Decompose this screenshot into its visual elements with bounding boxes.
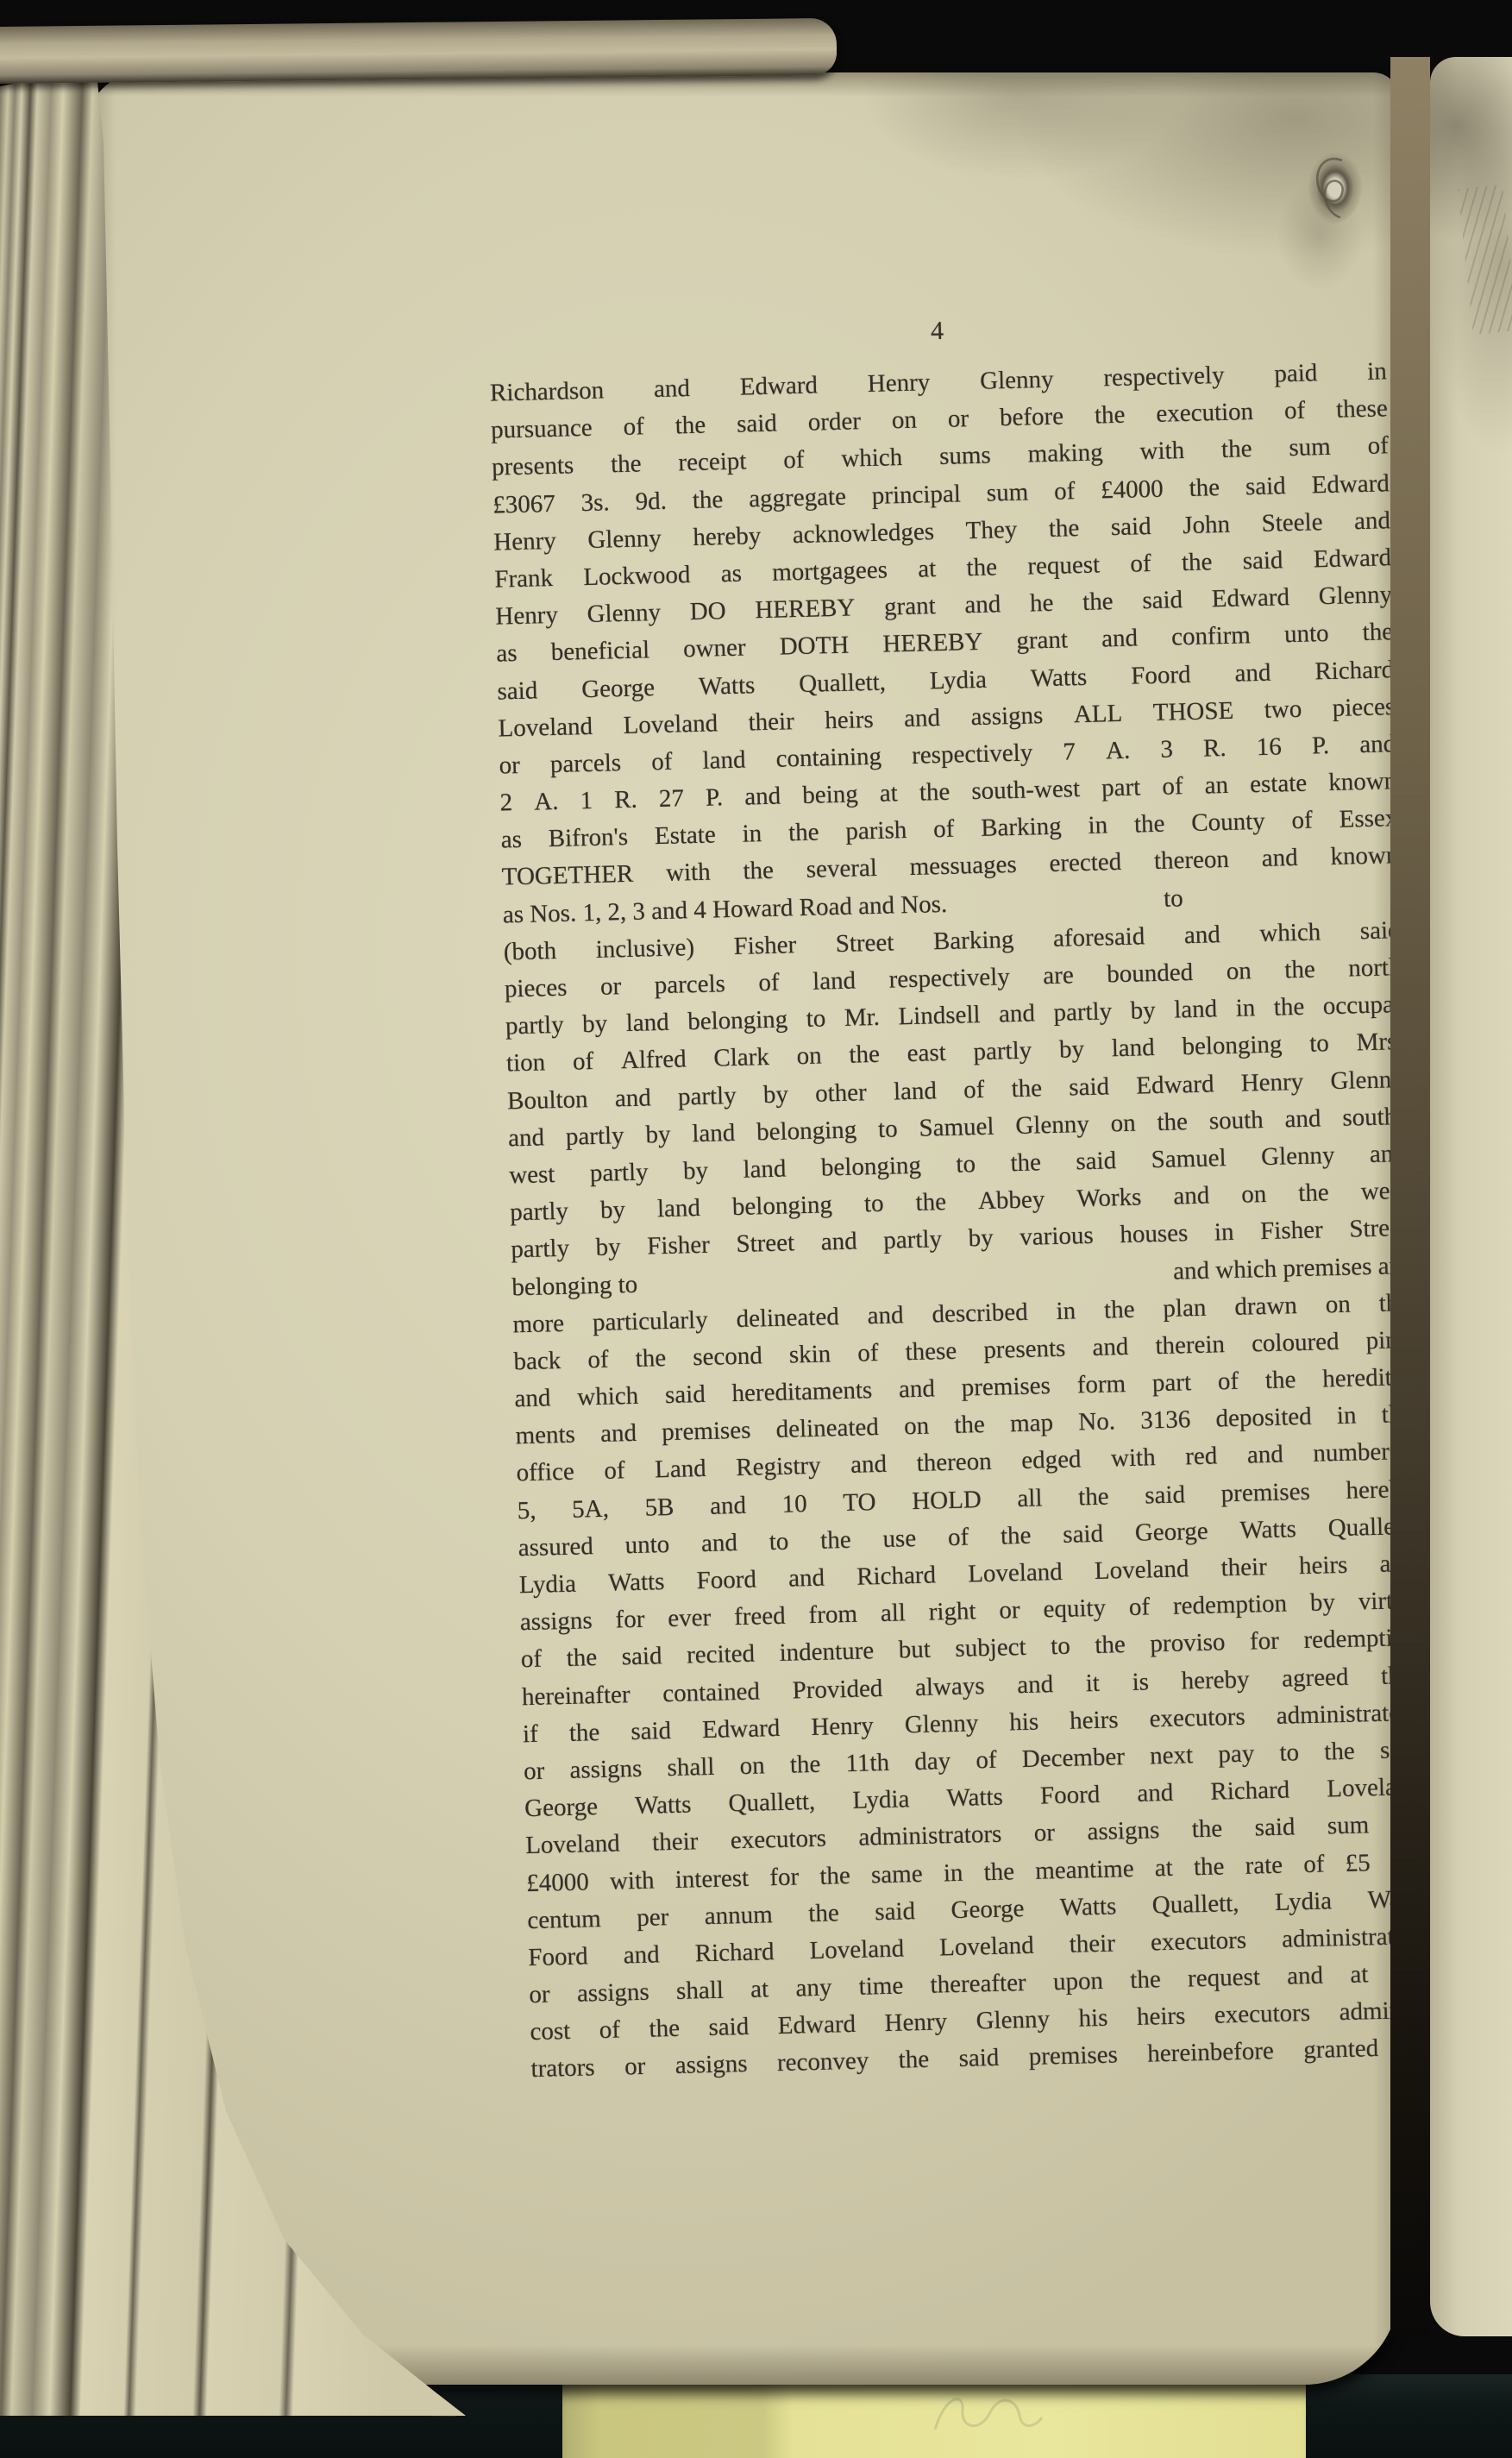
word: unto: [1283, 615, 1329, 653]
word: land: [1111, 1029, 1155, 1067]
word: Frank: [494, 560, 554, 599]
word: respectively: [1103, 357, 1225, 398]
word: Bifron's: [548, 819, 628, 858]
word: an: [1204, 767, 1228, 805]
word: of: [623, 409, 644, 447]
word: other: [815, 1074, 868, 1113]
word: the: [1298, 1174, 1329, 1212]
word: the: [966, 549, 997, 587]
word: the: [1324, 1733, 1355, 1771]
word: ALL: [1073, 695, 1122, 734]
word: land: [692, 1115, 736, 1153]
word: Steele: [1261, 504, 1323, 543]
word: respectively: [912, 734, 1033, 775]
word: Fisher: [1260, 1212, 1324, 1251]
word: aggregate: [749, 478, 847, 518]
word: being: [802, 776, 858, 814]
word: the: [611, 446, 642, 484]
pencil-scratch-marks-icon: [1458, 185, 1512, 336]
word: at: [1350, 1956, 1369, 1994]
word: Richard: [1210, 1772, 1290, 1811]
word: Land: [655, 1450, 707, 1489]
text-segment: and which premises are: [1173, 1247, 1399, 1290]
word: their: [652, 1824, 699, 1862]
page-number: 4: [488, 303, 1386, 359]
word: the: [820, 1522, 851, 1560]
word: land: [625, 1004, 669, 1042]
word: at: [1154, 1849, 1173, 1887]
word: 9d.: [635, 482, 667, 520]
word: of: [1162, 768, 1183, 806]
word: houses: [1120, 1216, 1189, 1254]
word: of: [758, 965, 780, 1003]
word: or: [529, 1977, 550, 2015]
word: Edward: [1136, 1066, 1214, 1104]
word: and: [1354, 502, 1391, 540]
word: unto: [624, 1526, 670, 1564]
word: and: [1137, 1775, 1174, 1813]
word: Edward: [739, 367, 818, 405]
word: 3s.: [580, 484, 610, 522]
word: of: [572, 1043, 593, 1081]
word: George: [1134, 1513, 1208, 1552]
word: to: [956, 1146, 976, 1184]
word: south: [1208, 1102, 1264, 1141]
word: of: [1303, 1845, 1325, 1883]
word: east: [907, 1034, 946, 1072]
word: from: [808, 1596, 857, 1635]
ink-blot-scribble-icon: [1301, 147, 1368, 233]
word: and: [1017, 1666, 1054, 1704]
word: Glenny: [904, 1705, 978, 1744]
word: TO: [843, 1484, 876, 1522]
word: and: [1246, 1436, 1283, 1474]
word: and: [508, 1119, 545, 1157]
word: the: [566, 1639, 597, 1677]
word: Glenny: [1261, 1137, 1335, 1176]
word: TOGETHER: [501, 856, 634, 896]
word: right: [928, 1594, 976, 1632]
word: granted: [1303, 2031, 1379, 2070]
word: part: [1151, 1364, 1191, 1402]
word: land: [743, 1151, 787, 1189]
word: sum: [1289, 429, 1331, 467]
word: to: [806, 1001, 826, 1039]
word: said: [1254, 1809, 1296, 1847]
word: the: [915, 1184, 946, 1222]
word: the: [919, 774, 950, 812]
word: shall: [667, 1749, 715, 1788]
word: sums: [939, 437, 992, 476]
word: on: [904, 1408, 930, 1446]
word: Mr.: [844, 999, 880, 1037]
word: per: [637, 1899, 669, 1937]
word: 3: [1160, 731, 1174, 769]
word: £4000: [1101, 470, 1164, 509]
word: said: [621, 1638, 662, 1676]
word: indenture: [779, 1633, 875, 1673]
word: of: [933, 811, 955, 849]
word: in: [1214, 1214, 1234, 1252]
word: all: [1017, 1480, 1043, 1518]
word: of: [651, 744, 673, 782]
book-page: 4 RichardsonandEdwardHenryGlennyrespecti…: [86, 72, 1399, 2385]
word: freed: [734, 1598, 787, 1637]
word: partly: [589, 1154, 649, 1192]
word: map: [1010, 1405, 1054, 1443]
word: second: [693, 1337, 763, 1376]
word: Loveland: [939, 1927, 1035, 1967]
word: partly: [505, 1007, 565, 1046]
word: said: [497, 672, 538, 710]
word: the: [898, 2041, 929, 2079]
word: drawn: [1234, 1287, 1298, 1326]
word: belonging: [820, 1147, 921, 1187]
word: of: [520, 1641, 542, 1679]
word: are: [1043, 957, 1074, 995]
word: of: [1284, 393, 1306, 431]
word: cost: [530, 2013, 571, 2051]
word: December: [1021, 1738, 1125, 1778]
word: 5B: [644, 1488, 674, 1526]
word: the: [1010, 1144, 1041, 1182]
word: by: [968, 1220, 994, 1258]
word: parish: [845, 812, 907, 851]
word: HEREBY: [755, 590, 856, 630]
word: the: [1264, 1361, 1296, 1399]
word: Street: [835, 924, 894, 963]
word: Alfred: [620, 1041, 687, 1080]
word: land: [893, 1072, 937, 1110]
word: his: [1078, 2000, 1108, 2038]
word: Lydia: [1275, 1883, 1333, 1921]
word: A.: [1106, 732, 1131, 770]
word: by: [683, 1153, 709, 1191]
word: use: [882, 1520, 917, 1558]
word: upon: [1052, 1963, 1103, 2002]
word: and: [710, 1487, 747, 1524]
word: (both: [503, 933, 556, 971]
word: partly: [677, 1078, 737, 1116]
word: Richard: [856, 1556, 937, 1595]
word: ever: [668, 1600, 712, 1638]
word: presents: [492, 448, 574, 487]
word: Loveland: [1094, 1550, 1189, 1590]
word: to: [769, 1523, 789, 1561]
word: these: [1336, 390, 1389, 429]
word: hereinafter: [522, 1676, 631, 1716]
word: or: [624, 2048, 646, 2086]
word: Henry: [811, 1707, 875, 1746]
word: principal: [871, 475, 961, 515]
word: with: [1111, 1440, 1157, 1478]
word: partly: [883, 1221, 943, 1260]
word: Samuel: [1151, 1140, 1227, 1179]
word: partly: [565, 1117, 624, 1156]
word: ments: [515, 1417, 575, 1455]
word: Street: [736, 1225, 795, 1264]
word: to: [1279, 1734, 1300, 1772]
word: Registry: [736, 1448, 821, 1487]
word: Lindsell: [898, 996, 981, 1036]
word: partly: [511, 1230, 570, 1269]
word: partly: [1053, 993, 1113, 1032]
word: said: [1069, 1068, 1110, 1106]
word: the: [1273, 989, 1304, 1027]
word: P.: [706, 779, 724, 817]
word: the: [788, 814, 819, 852]
word: thereon: [1154, 841, 1230, 880]
word: the: [808, 1895, 839, 1933]
word: is: [1132, 1663, 1149, 1701]
word: the: [1191, 1811, 1222, 1849]
word: said: [737, 405, 778, 443]
word: Loveland: [968, 1554, 1063, 1594]
word: P.: [1311, 727, 1329, 765]
word: for: [769, 1858, 800, 1896]
word: Barking: [981, 808, 1062, 847]
word: red: [1185, 1438, 1218, 1476]
word: assigns: [519, 1602, 593, 1641]
word: 11th: [845, 1744, 890, 1782]
word: Richard: [1314, 651, 1395, 690]
word: in: [1088, 808, 1108, 846]
word: pursuance: [491, 410, 593, 449]
word: the: [1157, 1103, 1188, 1141]
word: of: [976, 1742, 997, 1780]
word: grant: [884, 588, 937, 626]
word: he: [1030, 585, 1054, 623]
word: by: [762, 1076, 788, 1114]
word: particularly: [592, 1302, 708, 1342]
faint-pencil-scribble-icon: [919, 2378, 1049, 2447]
word: at: [750, 1971, 769, 2009]
word: to: [1051, 1628, 1071, 1666]
word: estate: [1250, 765, 1308, 804]
word: or: [524, 1753, 545, 1791]
word: Loveland: [498, 708, 593, 748]
word: belonging: [1182, 1027, 1283, 1066]
word: the: [983, 1853, 1014, 1891]
word: said: [1076, 1142, 1117, 1180]
word: of: [947, 1518, 969, 1556]
word: thereafter: [930, 1965, 1026, 2004]
word: 10: [781, 1486, 807, 1524]
word: Foord: [528, 1938, 588, 1977]
word: interest: [674, 1859, 749, 1898]
word: bounded: [1107, 954, 1194, 994]
word: at: [879, 775, 898, 813]
word: by: [645, 1116, 671, 1154]
word: as: [500, 821, 522, 859]
word: Quallett,: [799, 663, 887, 703]
word: 5A,: [572, 1490, 610, 1528]
word: and: [1173, 1178, 1210, 1216]
word: said: [1063, 1516, 1104, 1554]
word: parcels: [549, 745, 621, 783]
word: Glenny: [1330, 1061, 1399, 1100]
word: acknowledges: [792, 513, 934, 554]
word: of: [1291, 802, 1313, 840]
word: John: [1183, 506, 1231, 545]
word: reconvey: [776, 2043, 869, 2083]
word: the: [1181, 544, 1212, 581]
book-top-edge: [0, 18, 837, 84]
page-content: 4 RichardsonandEdwardHenryGlennyrespecti…: [488, 303, 1399, 2088]
word: the: [1011, 1070, 1042, 1108]
word: to: [863, 1185, 884, 1223]
word: and: [614, 1079, 651, 1117]
book-fore-edge-pages: [1430, 57, 1512, 2336]
word: numbered: [1313, 1433, 1399, 1473]
word: as: [720, 556, 742, 594]
word: heirs: [825, 701, 874, 740]
word: pay: [1218, 1735, 1255, 1773]
word: Watts: [946, 1779, 1003, 1818]
word: described: [932, 1293, 1028, 1333]
word: two: [1264, 690, 1302, 728]
word: by: [1309, 1584, 1335, 1622]
word: it: [1085, 1664, 1100, 1702]
word: in: [1056, 1292, 1076, 1330]
word: pieces: [504, 970, 568, 1009]
word: which: [577, 1378, 639, 1417]
book-photograph: 4 RichardsonandEdwardHenryGlennyrespecti…: [0, 0, 1512, 2458]
word: or: [1033, 1814, 1055, 1852]
word: belonging: [756, 1111, 857, 1151]
word: by: [599, 1191, 625, 1229]
word: the: [635, 1340, 666, 1378]
word: form: [1076, 1366, 1126, 1405]
word: edged: [1021, 1442, 1082, 1480]
word: heirs: [1070, 1701, 1119, 1740]
word: and: [1234, 654, 1271, 692]
word: delineated: [736, 1298, 839, 1338]
word: hereditaments: [731, 1372, 873, 1412]
word: heirs: [1298, 1547, 1347, 1586]
word: 3136: [1140, 1401, 1191, 1440]
word: Glenny: [1318, 576, 1392, 615]
word: Provided: [792, 1670, 883, 1710]
word: 5,: [517, 1492, 536, 1530]
word: Henry: [867, 364, 931, 403]
word: and: [820, 1223, 857, 1261]
word: therein: [1155, 1326, 1226, 1365]
word: Henry: [495, 597, 559, 636]
word: Lydia: [518, 1566, 576, 1605]
word: administrators: [1276, 1694, 1399, 1735]
word: execution: [1156, 393, 1254, 433]
word: assigns: [970, 697, 1044, 736]
word: south-west: [971, 770, 1081, 810]
word: the: [692, 481, 723, 519]
word: assigns: [1087, 1813, 1160, 1851]
word: Foord: [696, 1562, 756, 1600]
word: centum: [527, 1901, 601, 1939]
word: the: [954, 1406, 985, 1444]
word: before: [999, 399, 1063, 437]
word: as: [496, 635, 518, 673]
word: of: [599, 2012, 620, 2050]
word: 7: [1063, 733, 1076, 771]
word: the: [674, 407, 706, 445]
word: the: [568, 1714, 599, 1752]
word: hereby: [693, 518, 762, 556]
word: pieces: [1332, 688, 1396, 727]
word: said: [708, 2009, 750, 2046]
word: and: [744, 778, 781, 816]
word: office: [516, 1454, 574, 1493]
word: land: [702, 741, 746, 779]
word: plan: [1163, 1289, 1207, 1327]
word: subject: [955, 1629, 1026, 1668]
word: County: [1191, 803, 1265, 842]
word: Edward: [1313, 539, 1391, 578]
word: respectively: [888, 959, 1010, 999]
word: Glenny: [980, 361, 1054, 400]
word: the: [1362, 614, 1393, 652]
word: HEREBY: [882, 624, 983, 663]
word: and: [904, 700, 941, 738]
word: of: [963, 1071, 985, 1109]
word: Quallett,: [1151, 1885, 1239, 1925]
word: Loveland: [623, 705, 718, 745]
word: R.: [1203, 730, 1227, 768]
text-segment: to: [1164, 880, 1184, 918]
word: Fisher: [733, 927, 797, 965]
word: on: [1325, 1286, 1351, 1323]
word: annum: [704, 1896, 773, 1935]
word: Edward: [777, 2006, 856, 2045]
word: hereby: [1181, 1661, 1250, 1700]
word: by: [595, 1229, 621, 1267]
text-segment: belonging to: [511, 1266, 638, 1306]
word: thereon: [916, 1443, 992, 1482]
word: in: [1336, 1398, 1357, 1436]
word: and: [654, 370, 691, 408]
word: and: [964, 586, 1001, 624]
word: assigns: [576, 1974, 649, 2013]
word: DOTH: [779, 627, 850, 666]
word: said: [1110, 508, 1151, 546]
word: executors: [1214, 1995, 1310, 2034]
word: tion: [506, 1045, 546, 1083]
word: various: [1020, 1217, 1094, 1256]
word: beneficial: [550, 632, 649, 672]
word: belonging: [731, 1186, 832, 1226]
word: and: [788, 1560, 825, 1598]
word: of: [783, 442, 805, 480]
word: Boulton: [507, 1081, 588, 1120]
word: by: [1130, 992, 1156, 1030]
word: land: [812, 963, 856, 1001]
word: of: [857, 1335, 879, 1373]
word: Watts: [1239, 1511, 1296, 1550]
word: heirs: [1136, 1998, 1185, 2037]
word: £5: [1345, 1845, 1371, 1883]
word: inclusive): [595, 929, 694, 969]
word: George: [524, 1788, 599, 1827]
word: administrators: [858, 1816, 1002, 1857]
word: 2: [499, 784, 513, 822]
word: next: [1150, 1737, 1194, 1775]
word: Lydia: [852, 1781, 910, 1820]
word: if: [523, 1716, 539, 1754]
word: said: [1245, 468, 1286, 506]
word: the: [789, 1746, 820, 1784]
word: but: [898, 1631, 931, 1669]
word: time: [858, 1968, 904, 2006]
